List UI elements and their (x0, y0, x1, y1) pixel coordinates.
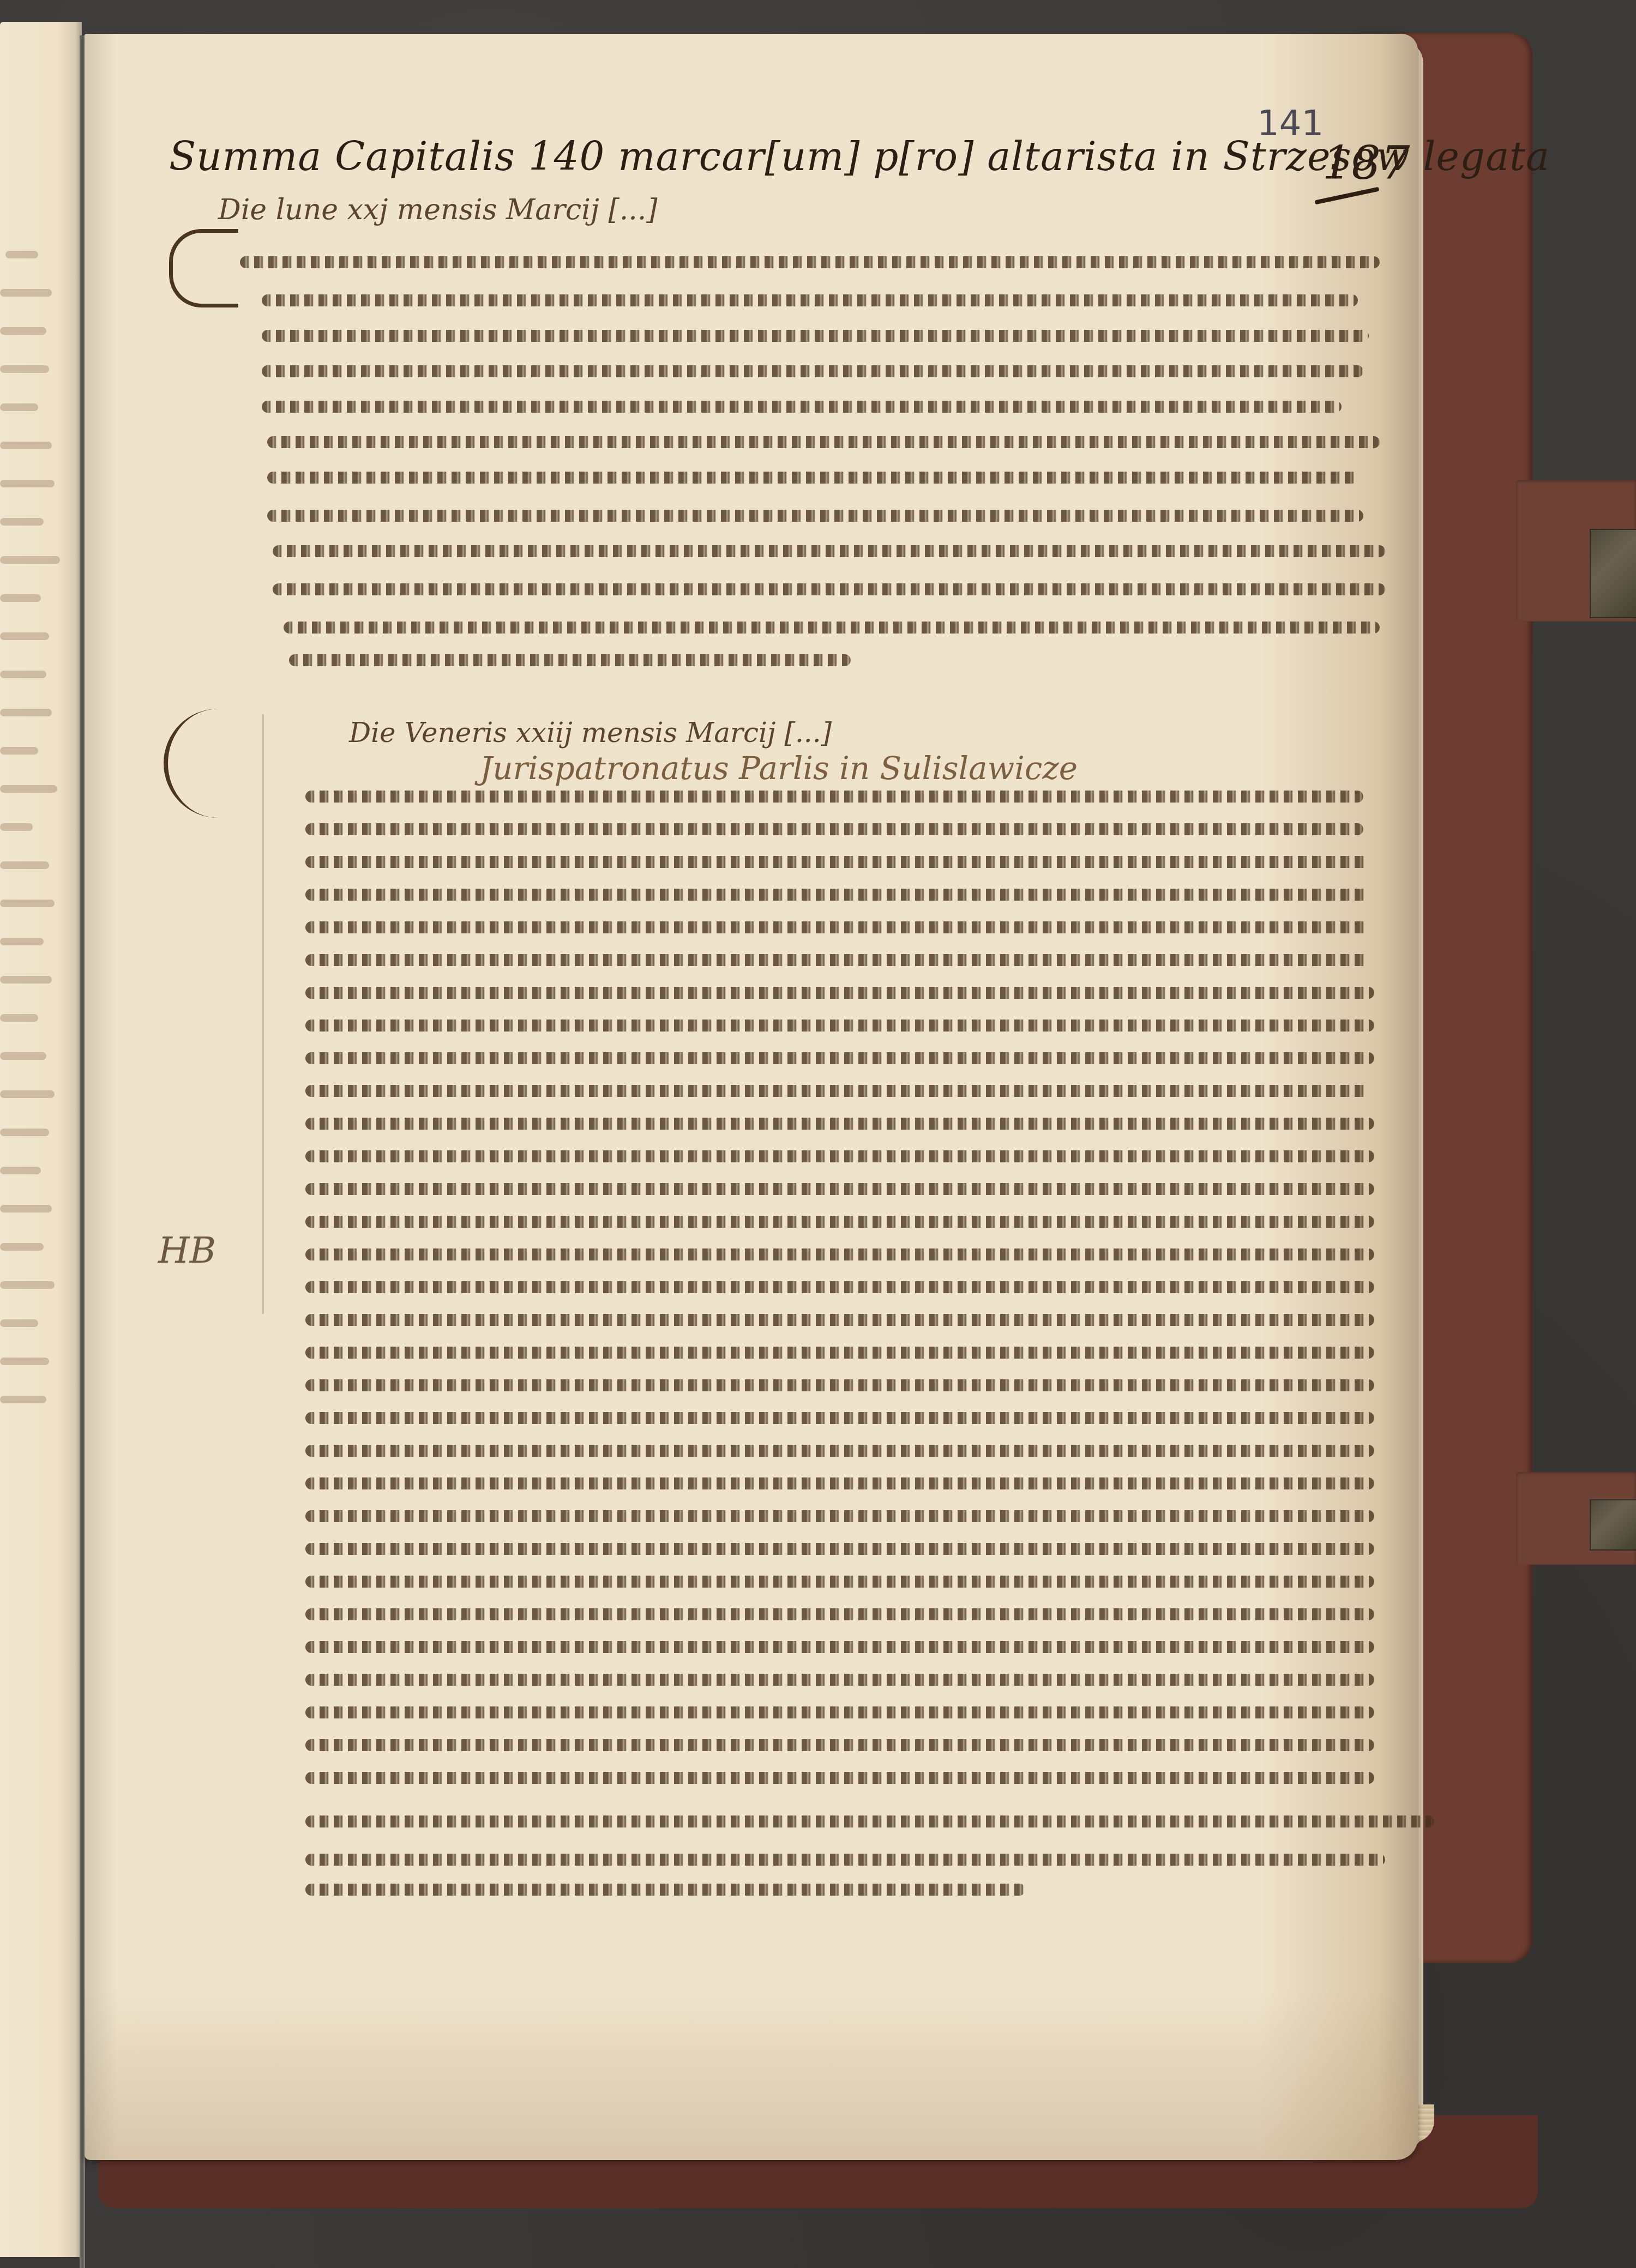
script-line (305, 954, 1369, 966)
verso-text-fragment (0, 632, 49, 640)
script-line (284, 622, 1380, 634)
script-line (305, 1347, 1374, 1359)
script-line (267, 472, 1358, 484)
script-line (305, 1379, 1374, 1391)
script-line (305, 1815, 1434, 1827)
script-line (262, 330, 1369, 342)
script-line (305, 1772, 1374, 1784)
verso-text-fragment (0, 442, 52, 449)
script-line (305, 1052, 1374, 1064)
decorated-initial-a (169, 229, 238, 307)
verso-text-fragment (5, 251, 38, 258)
script-line (305, 1445, 1374, 1457)
script-line (305, 921, 1369, 933)
script-line (262, 365, 1363, 377)
verso-text-fragment (0, 1281, 55, 1289)
verso-text-fragment (0, 823, 33, 831)
entry-2-date-line: Die Veneris xxiij mensis Marcij [...] (349, 717, 832, 749)
script-line (289, 654, 851, 666)
script-line (305, 1854, 1385, 1866)
script-line (305, 823, 1363, 835)
script-line (305, 1477, 1374, 1489)
verso-text-fragment (0, 747, 38, 755)
marginal-note: HB (158, 1229, 216, 1271)
clasp-lower-icon (1590, 1499, 1636, 1551)
verso-text-fragment (0, 861, 49, 869)
verso-text-fragment (0, 289, 52, 297)
script-line (305, 1543, 1374, 1555)
verso-text-fragment (0, 938, 44, 945)
entry-2-title: Jurispatronatus Parlis in Sulislawicze (480, 750, 1078, 787)
script-line (305, 1020, 1374, 1032)
verso-text-fragment (0, 1396, 46, 1403)
script-line (305, 1216, 1374, 1228)
script-line (305, 1674, 1374, 1686)
verso-text-fragment (0, 1358, 49, 1365)
script-line (305, 1281, 1374, 1293)
script-line (305, 1608, 1374, 1620)
script-line (273, 583, 1385, 595)
clasp-upper-icon (1590, 529, 1636, 618)
script-line (262, 294, 1358, 306)
script-line (305, 1641, 1374, 1653)
entry-1-heading: Summa Capitalis 140 marcar[um] p[ro] alt… (169, 134, 1550, 179)
verso-text-fragment (0, 1319, 38, 1327)
verso-text-fragment (0, 327, 46, 335)
script-line (305, 1183, 1374, 1195)
recto-page (85, 34, 1418, 2160)
script-line (305, 856, 1369, 868)
verso-text-fragment (0, 1014, 38, 1022)
script-line (305, 1706, 1374, 1718)
entry-1-date-line: Die lune xxj mensis Marcij [...] (218, 194, 658, 226)
script-line (305, 1739, 1374, 1751)
verso-text-fragment (0, 594, 41, 602)
verso-text-fragment (0, 900, 55, 907)
verso-text-fragment (0, 1052, 46, 1060)
verso-text-fragment (0, 1205, 52, 1213)
verso-text-fragment (0, 1167, 41, 1174)
script-line (267, 436, 1380, 448)
verso-text-fragment (0, 785, 57, 793)
verso-text-fragment (0, 1090, 55, 1098)
ruling-line (262, 714, 264, 1314)
script-line (305, 1150, 1374, 1162)
script-line (305, 1085, 1369, 1097)
verso-text-fragment (0, 480, 55, 487)
verso-text-fragment (0, 976, 52, 984)
script-line (305, 987, 1374, 999)
script-line (305, 889, 1369, 901)
verso-text-fragment (0, 365, 49, 373)
verso-text-fragment (0, 403, 38, 411)
script-line (305, 1576, 1374, 1588)
script-line (262, 401, 1342, 413)
script-line (305, 1314, 1374, 1326)
script-line (305, 1884, 1025, 1896)
verso-text-fragment (0, 518, 44, 526)
verso-text-fragment (0, 671, 46, 678)
script-line (305, 1412, 1374, 1424)
verso-text-fragment (0, 1129, 49, 1136)
script-line (305, 791, 1363, 803)
script-line (305, 1248, 1374, 1260)
script-line (305, 1118, 1374, 1130)
script-line (273, 545, 1385, 557)
verso-text-fragment (0, 1243, 44, 1251)
script-line (305, 1510, 1374, 1522)
verso-text-fragment (0, 556, 60, 564)
verso-page-edge (0, 22, 82, 2257)
script-line (240, 256, 1380, 268)
script-line (267, 510, 1363, 522)
verso-text-fragment (0, 709, 52, 716)
